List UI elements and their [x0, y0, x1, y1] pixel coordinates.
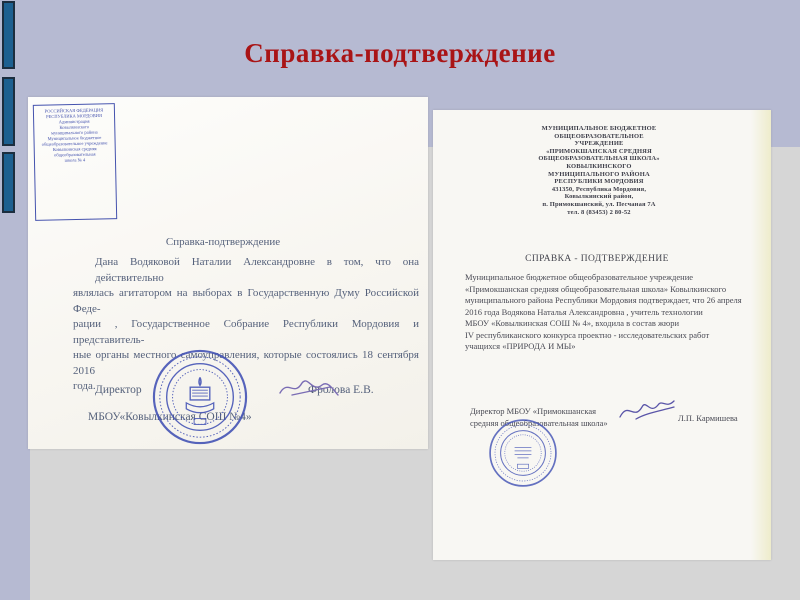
right-doc-body-line: IV республиканского конкурса проектно - … — [465, 330, 763, 342]
seal-text-lines — [515, 447, 532, 458]
right-doc-header-line: ОБЩЕОБРАЗОВАТЕЛЬНАЯ ШКОЛА» — [433, 155, 765, 163]
signature-karmisheva — [616, 395, 678, 425]
accent-square-2 — [2, 77, 15, 146]
round-seal-icon — [151, 348, 249, 446]
right-doc-body-line: муниципального района Республики Мордови… — [465, 295, 763, 307]
right-doc-header-line: КОВЫЛКИНСКОГО — [433, 163, 765, 171]
right-doc-header-line: РЕСПУБЛИКИ МОРДОВИЯ — [433, 178, 765, 186]
right-doc-header-line: ОБЩЕОБРАЗОВАТЕЛЬНОЕ — [433, 133, 765, 141]
left-doc-body-line: являлась агитатором на выборах в Государ… — [73, 286, 419, 317]
right-doc-header-line: 431350, Республика Мордовия, — [433, 186, 765, 194]
left-doc-body-line: рации , Государственное Собрание Республ… — [73, 317, 419, 348]
right-doc-header-line: Ковылкинский район, — [433, 193, 765, 201]
right-doc-body-line: Муниципальное бюджетное общеобразователь… — [465, 272, 763, 284]
left-doc-body-line: Дана Водяковой Наталии Александровне в т… — [73, 255, 419, 286]
stamp-line: школа № 4 — [36, 157, 114, 164]
right-doc-header-line: УЧРЕЖДЕНИЕ — [433, 140, 765, 148]
stamp-text: РОССИЙСКАЯ ФЕДЕРАЦИЯРЕСПУБЛИКА МОРДОВИЯА… — [35, 107, 114, 164]
right-doc-body-line: 2016 года Водякова Наталья Александровна… — [465, 307, 763, 319]
left-document: РОССИЙСКАЯ ФЕДЕРАЦИЯРЕСПУБЛИКА МОРДОВИЯА… — [28, 97, 428, 449]
right-doc-body: Муниципальное бюджетное общеобразователь… — [465, 272, 763, 353]
seal-book-icon — [186, 403, 213, 413]
left-doc-director-label: Директор — [95, 384, 142, 396]
right-document: МУНИЦИПАЛЬНОЕ БЮДЖЕТНОЕОБЩЕОБРАЗОВАТЕЛЬН… — [433, 110, 771, 560]
slide-title: Справка-подтверждение — [0, 38, 800, 69]
left-doc-title: Справка-подтверждение — [28, 236, 418, 248]
right-doc-header-line: п. Примокшанский, ул. Песчаная 7А — [433, 201, 765, 209]
round-seal-icon — [488, 418, 558, 488]
right-doc-header-line: «ПРИМОКШАНСКАЯ СРЕДНЯЯ — [433, 148, 765, 156]
right-doc-header-line: МУНИЦИПАЛЬНОЕ БЮДЖЕТНОЕ — [433, 125, 765, 133]
seal-book-box — [190, 387, 210, 400]
stamp-date-handwritten: «18» ноября 2016 г. — [37, 216, 115, 220]
signature-frolova — [278, 375, 340, 401]
right-doc-body-line: учащихся «ПРИРОДА И МЫ» — [465, 341, 763, 353]
right-doc-director-name: Л.П. Кармишева — [678, 413, 738, 423]
right-doc-header-line: МУНИЦИПАЛЬНОГО РАЙОНА — [433, 171, 765, 179]
seal-flame-icon — [199, 377, 201, 385]
right-doc-body-line: «Примокшанская средняя общеобразовательн… — [465, 284, 763, 296]
right-doc-director-line: Директор МБОУ «Примокшанская — [470, 406, 608, 418]
right-doc-body-line: МБОУ «Ковылкинская СОШ № 4», входила в с… — [465, 318, 763, 330]
right-doc-header-line: тел. 8 (83453) 2 80-52 — [433, 209, 765, 217]
right-doc-title: СПРАВКА - ПОДТВЕРЖДЕНИЕ — [433, 254, 761, 264]
accent-square-3 — [2, 152, 15, 213]
slide: Справка-подтверждение РОССИЙСКАЯ ФЕДЕРАЦ… — [0, 0, 800, 600]
corner-stamp: РОССИЙСКАЯ ФЕДЕРАЦИЯРЕСПУБЛИКА МОРДОВИЯА… — [33, 103, 117, 221]
right-doc-header: МУНИЦИПАЛЬНОЕ БЮДЖЕТНОЕОБЩЕОБРАЗОВАТЕЛЬН… — [433, 125, 765, 216]
